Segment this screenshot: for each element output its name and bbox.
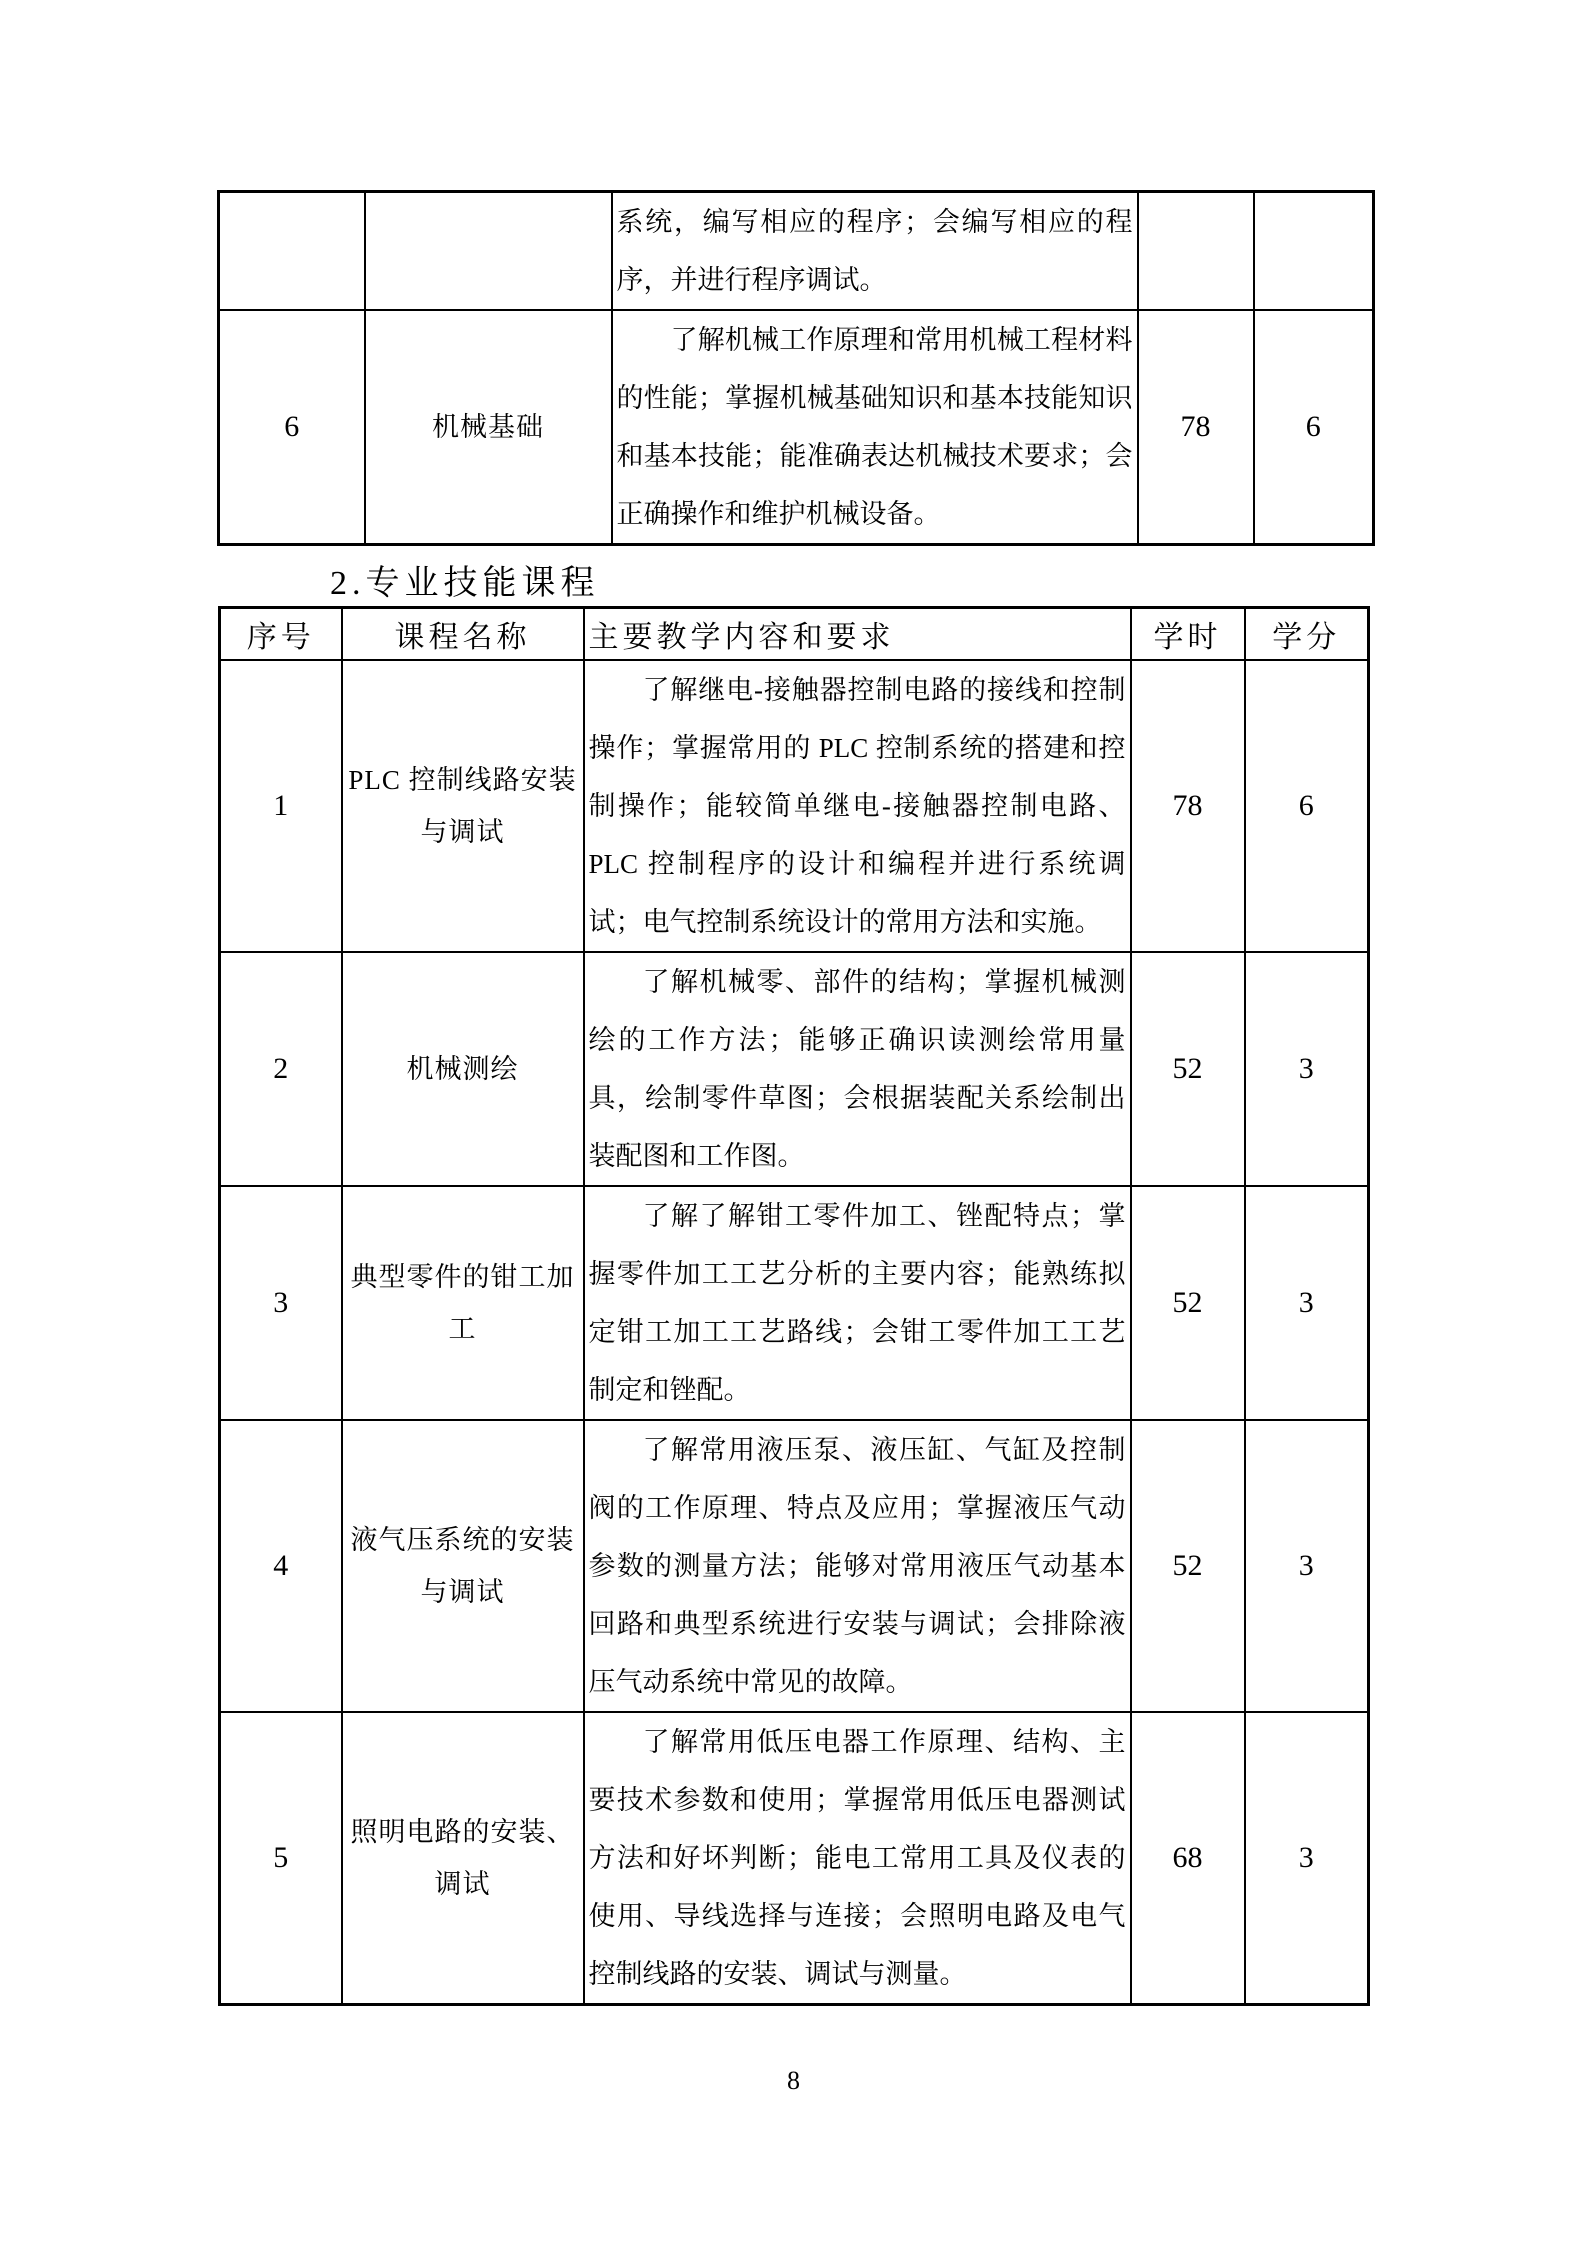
hours-cell: 78	[1131, 660, 1245, 952]
content-cell: 了解继电-接触器控制电路的接线和控制操作；掌握常用的 PLC 控制系统的搭建和控…	[584, 660, 1131, 952]
hours-cell: 78	[1138, 310, 1254, 545]
header-row: 序号 课程名称 主要教学内容和要求 学时 学分	[220, 608, 1369, 660]
content-text: 了解常用低压电器工作原理、结构、主要技术参数和使用；掌握常用低压电器测试方法和好…	[589, 1713, 1126, 2003]
credits-cell: 3	[1245, 1712, 1369, 2005]
header-credits: 学分	[1245, 608, 1369, 660]
table-row: 1 PLC 控制线路安装与调试 了解继电-接触器控制电路的接线和控制操作；掌握常…	[220, 660, 1369, 952]
credits-cell: 6	[1254, 310, 1374, 545]
seq-cell: 5	[220, 1712, 342, 2005]
content-text: 了解了解钳工零件加工、锉配特点；掌握零件加工工艺分析的主要内容；能熟练拟定钳工加…	[589, 1187, 1126, 1419]
hours-cell: 52	[1131, 1420, 1245, 1712]
credits-cell: 6	[1245, 660, 1369, 952]
content-cell: 了解机械零、部件的结构；掌握机械测绘的工作方法；能够正确识读测绘常用量具，绘制零…	[584, 952, 1131, 1186]
course-name-cell: 液气压系统的安装与调试	[342, 1420, 584, 1712]
content-cell: 系统，编写相应的程序；会编写相应的程序，并进行程序调试。	[612, 192, 1138, 311]
skill-course-table: 序号 课程名称 主要教学内容和要求 学时 学分 1 PLC 控制线路安装与调试 …	[218, 606, 1370, 2006]
course-name-cell: 典型零件的钳工加工	[342, 1186, 584, 1420]
content-cell: 了解常用液压泵、液压缸、气缸及控制阀的工作原理、特点及应用；掌握液压气动参数的测…	[584, 1420, 1131, 1712]
header-hours: 学时	[1131, 608, 1245, 660]
section-heading: 2.专业技能课程	[330, 561, 1587, 606]
credits-cell: 3	[1245, 1186, 1369, 1420]
header-seq: 序号	[220, 608, 342, 660]
content-text: 了解机械零、部件的结构；掌握机械测绘的工作方法；能够正确识读测绘常用量具，绘制零…	[589, 953, 1126, 1185]
table-row: 4 液气压系统的安装与调试 了解常用液压泵、液压缸、气缸及控制阀的工作原理、特点…	[220, 1420, 1369, 1712]
seq-cell: 1	[220, 660, 342, 952]
seq-cell: 6	[219, 310, 365, 545]
course-name-cell: 照明电路的安装、调试	[342, 1712, 584, 2005]
content-text: 了解机械工作原理和常用机械工程材料的性能；掌握机械基础知识和基本技能知识和基本技…	[617, 311, 1133, 543]
course-name-cell: 机械测绘	[342, 952, 584, 1186]
seq-cell: 2	[220, 952, 342, 1186]
table-row: 6 机械基础 了解机械工作原理和常用机械工程材料的性能；掌握机械基础知识和基本技…	[219, 310, 1374, 545]
content-text: 了解常用液压泵、液压缸、气缸及控制阀的工作原理、特点及应用；掌握液压气动参数的测…	[589, 1421, 1126, 1711]
basic-course-table-continued: 系统，编写相应的程序；会编写相应的程序，并进行程序调试。 6 机械基础 了解机械…	[217, 190, 1375, 546]
header-content: 主要教学内容和要求	[584, 608, 1131, 660]
course-name-cell: 机械基础	[365, 310, 612, 545]
credits-cell: 3	[1245, 1420, 1369, 1712]
table-row: 系统，编写相应的程序；会编写相应的程序，并进行程序调试。	[219, 192, 1374, 311]
credits-cell: 3	[1245, 952, 1369, 1186]
seq-cell: 3	[220, 1186, 342, 1420]
page-number: 8	[0, 2066, 1587, 2096]
table-row: 3 典型零件的钳工加工 了解了解钳工零件加工、锉配特点；掌握零件加工工艺分析的主…	[220, 1186, 1369, 1420]
content-text: 了解继电-接触器控制电路的接线和控制操作；掌握常用的 PLC 控制系统的搭建和控…	[589, 661, 1126, 951]
seq-cell: 4	[220, 1420, 342, 1712]
content-cell: 了解机械工作原理和常用机械工程材料的性能；掌握机械基础知识和基本技能知识和基本技…	[612, 310, 1138, 545]
course-name-cell	[365, 192, 612, 311]
table-row: 2 机械测绘 了解机械零、部件的结构；掌握机械测绘的工作方法；能够正确识读测绘常…	[220, 952, 1369, 1186]
content-cell: 了解常用低压电器工作原理、结构、主要技术参数和使用；掌握常用低压电器测试方法和好…	[584, 1712, 1131, 2005]
credits-cell	[1254, 192, 1374, 311]
content-cell: 了解了解钳工零件加工、锉配特点；掌握零件加工工艺分析的主要内容；能熟练拟定钳工加…	[584, 1186, 1131, 1420]
course-name-cell: PLC 控制线路安装与调试	[342, 660, 584, 952]
hours-cell: 52	[1131, 1186, 1245, 1420]
header-course-name: 课程名称	[342, 608, 584, 660]
table-row: 5 照明电路的安装、调试 了解常用低压电器工作原理、结构、主要技术参数和使用；掌…	[220, 1712, 1369, 2005]
hours-cell: 52	[1131, 952, 1245, 1186]
seq-cell	[219, 192, 365, 311]
hours-cell	[1138, 192, 1254, 311]
hours-cell: 68	[1131, 1712, 1245, 2005]
content-text: 系统，编写相应的程序；会编写相应的程序，并进行程序调试。	[617, 193, 1133, 309]
